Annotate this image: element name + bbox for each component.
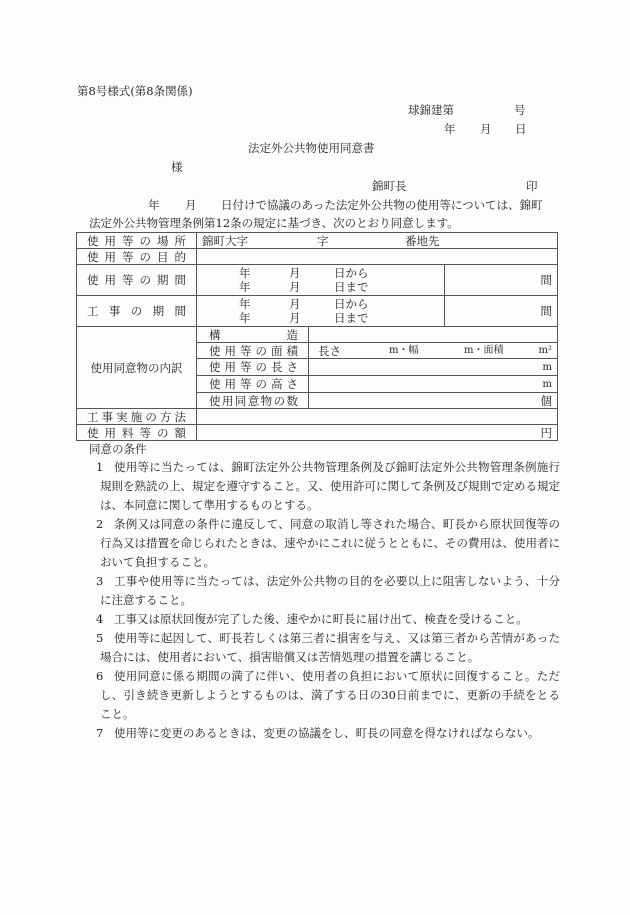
row-location: 使用等の場所 錦町大字 字 番地先 — [77, 233, 558, 249]
fee-unit: 円 — [541, 426, 553, 440]
condition-text: 使用等に変更のあるときは、変更の協議をし、町長の同意を得なければならない。 — [100, 724, 560, 743]
intro-year: 年 — [148, 198, 160, 212]
condition-text: 使用等に当たっては、錦町法定外公共物管理条例及び錦町法定外公共物管理条例施行規則… — [100, 458, 560, 515]
use-to-day: 日まで — [334, 280, 369, 294]
form-number: 第8号様式(第8条関係) — [77, 84, 193, 98]
consent-form-table: 使用等の場所 錦町大字 字 番地先 使用等の目的 使用等の期間 年 月 日から … — [76, 232, 558, 441]
condition-text: 条例又は同意の条件に違反して、同意の取消し等された場合、町長から原状回復等の行為… — [100, 515, 560, 572]
field-structure[interactable] — [309, 327, 558, 343]
label-purpose: 使用等の目的 — [77, 249, 197, 265]
date-day: 日 — [515, 122, 527, 136]
field-location[interactable]: 錦町大字 字 番地先 — [197, 233, 558, 249]
field-area[interactable]: 長さ m・幅 m・面積 m² — [309, 343, 558, 359]
conditions-list: 1使用等に当たっては、錦町法定外公共物管理条例及び錦町法定外公共物管理条例施行規… — [90, 458, 560, 743]
label-method: 工事実施の方法 — [77, 409, 197, 425]
condition-item: 2条例又は同意の条件に違反して、同意の取消し等された場合、町長から原状回復等の行… — [90, 515, 560, 572]
field-work-duration[interactable]: 間 — [445, 296, 558, 327]
condition-number: 6 — [96, 667, 103, 686]
doc-number-prefix: 球錦建第 — [408, 103, 454, 117]
work-from-month: 月 — [289, 297, 301, 311]
seal-mark: 印 — [526, 179, 538, 193]
label-area: 使用等の面積 — [197, 343, 309, 359]
location-banchi: 番地先 — [405, 234, 440, 248]
use-from-month: 月 — [289, 266, 301, 280]
label-work-period: 工事の期間 — [77, 296, 197, 327]
field-count[interactable]: 個 — [309, 393, 558, 409]
field-length[interactable]: m — [309, 359, 558, 376]
condition-number: 4 — [96, 610, 103, 629]
row-method: 工事実施の方法 — [77, 409, 558, 425]
document-title: 法定外公共物使用同意書 — [248, 141, 375, 155]
work-to-month: 月 — [289, 311, 301, 325]
conditions-heading: 同意の条件 — [89, 442, 147, 456]
condition-text: 工事又は原状回復が完了した後、速やかに町長に届け出て、検査を受けること。 — [100, 610, 560, 629]
condition-item: 7使用等に変更のあるときは、変更の協議をし、町長の同意を得なければならない。 — [90, 724, 560, 743]
condition-number: 3 — [96, 572, 103, 591]
condition-item: 4工事又は原状回復が完了した後、速やかに町長に届け出て、検査を受けること。 — [90, 610, 560, 629]
field-use-period[interactable]: 年 月 日から 年 月 日まで — [197, 265, 445, 296]
condition-number: 1 — [96, 458, 103, 477]
label-location: 使用等の場所 — [77, 233, 197, 249]
condition-item: 3工事や使用等に当たっては、法定外公共物の目的を必要以上に阻害しないよう、十分に… — [90, 572, 560, 610]
intro-line-1: 日付けで協議のあった法定外公共物の使用等については、錦町 — [221, 198, 543, 212]
use-from-year: 年 — [239, 266, 251, 280]
intro-line-2: 法定外公共物管理条例第12条の規定に基づき、次のとおり同意します。 — [89, 216, 459, 230]
work-from-year: 年 — [239, 297, 251, 311]
area-width-label: m・幅 — [389, 344, 418, 358]
label-structure: 構造 — [197, 327, 309, 343]
work-duration-unit: 間 — [541, 304, 553, 318]
count-unit: 個 — [541, 394, 553, 408]
field-work-period[interactable]: 年 月 日から 年 月 日まで — [197, 296, 445, 327]
use-to-year: 年 — [239, 280, 251, 294]
area-unit: m² — [539, 344, 553, 358]
label-breakdown: 使用同意物の内訳 — [77, 327, 197, 409]
label-count: 使用同意物の数 — [197, 393, 309, 409]
row-purpose: 使用等の目的 — [77, 249, 558, 265]
label-fee: 使用料等の額 — [77, 425, 197, 441]
area-length-label: 長さ — [314, 344, 341, 358]
work-to-year: 年 — [239, 311, 251, 325]
intro-month: 月 — [185, 198, 197, 212]
recipient-suffix: 様 — [171, 160, 183, 174]
condition-text: 使用等に起因して、町長若しくは第三者に損害を与え、又は第三者から苦情があった場合… — [100, 629, 560, 667]
label-use-period: 使用等の期間 — [77, 265, 197, 296]
condition-text: 工事や使用等に当たっては、法定外公共物の目的を必要以上に阻害しないよう、十分に注… — [100, 572, 560, 610]
field-height[interactable]: m — [309, 376, 558, 393]
condition-item: 6使用同意に係る期間の満了に伴い、使用者の負担において原状に回復すること。ただし… — [90, 667, 560, 724]
condition-item: 5使用等に起因して、町長若しくは第三者に損害を与え、又は第三者から苦情があった場… — [90, 629, 560, 667]
field-method[interactable] — [197, 409, 558, 425]
label-height: 使用等の高さ — [197, 376, 309, 393]
height-unit: m — [543, 379, 552, 390]
field-fee[interactable]: 円 — [197, 425, 558, 441]
work-from-day: 日から — [334, 297, 369, 311]
row-structure: 使用同意物の内訳 構造 — [77, 327, 558, 343]
date-month: 月 — [480, 122, 492, 136]
condition-number: 7 — [96, 724, 103, 743]
location-aza: 字 — [317, 234, 329, 248]
row-work-period: 工事の期間 年 月 日から 年 月 日まで 間 — [77, 296, 558, 327]
condition-item: 1使用等に当たっては、錦町法定外公共物管理条例及び錦町法定外公共物管理条例施行規… — [90, 458, 560, 515]
condition-number: 2 — [96, 515, 103, 534]
use-duration-unit: 間 — [541, 273, 553, 287]
issuer: 錦町長 — [372, 179, 407, 193]
use-from-day: 日から — [334, 266, 369, 280]
condition-number: 5 — [96, 629, 103, 648]
use-to-month: 月 — [289, 280, 301, 294]
condition-text: 使用同意に係る期間の満了に伴い、使用者の負担において原状に回復すること。ただし、… — [100, 667, 560, 724]
field-use-duration[interactable]: 間 — [445, 265, 558, 296]
location-town: 錦町大字 — [202, 234, 248, 248]
row-fee: 使用料等の額 円 — [77, 425, 558, 441]
row-use-period: 使用等の期間 年 月 日から 年 月 日まで 間 — [77, 265, 558, 296]
doc-number-suffix: 号 — [514, 103, 526, 117]
work-to-day: 日まで — [334, 311, 369, 325]
label-length: 使用等の長さ — [197, 359, 309, 376]
area-total-label: m・面積 — [464, 344, 503, 358]
date-year: 年 — [444, 122, 456, 136]
field-purpose[interactable] — [197, 249, 558, 265]
length-unit: m — [543, 362, 552, 373]
